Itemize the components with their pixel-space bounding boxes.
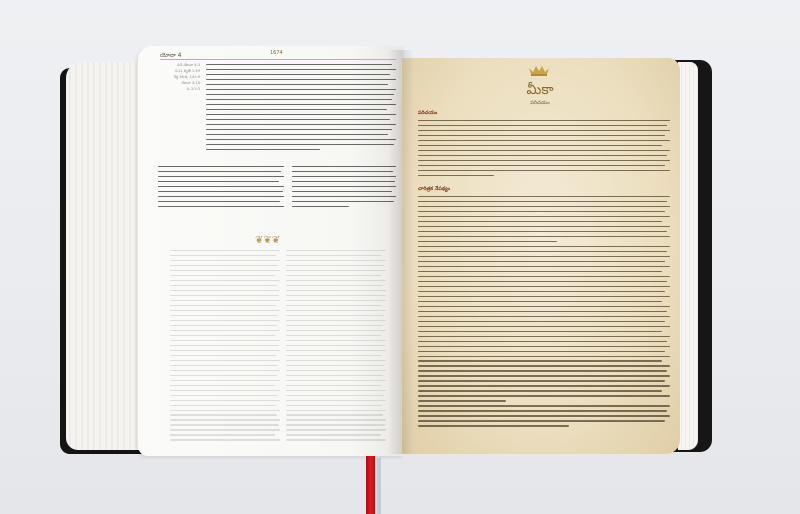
study-notes-col-2 xyxy=(292,166,396,214)
end-ornament: ❦❦❦ xyxy=(255,235,280,246)
page-edges-right xyxy=(678,62,698,450)
cross-references: 4:8 యోనా 4:3 4:11 ద్వితీ 1:39 కీర్త 36:6… xyxy=(158,62,200,92)
xref: & 3:3:3 xyxy=(158,86,200,92)
ribbon-shadow xyxy=(377,458,381,514)
intro-paragraph xyxy=(418,120,670,182)
crown-icon xyxy=(528,64,550,76)
page-number: 1674 xyxy=(270,50,283,56)
book-subtitle: పరిచయం xyxy=(512,100,568,107)
section-heading: చారిత్రక నేపథ్యం xyxy=(418,186,450,193)
ribbon-bookmark[interactable] xyxy=(366,456,375,514)
section-heading: పరిచయం xyxy=(418,110,437,117)
scripture-text xyxy=(206,64,396,160)
book-gutter-shadow xyxy=(388,50,414,454)
show-through-text-1 xyxy=(170,250,280,445)
historical-background-text xyxy=(418,196,670,436)
show-through-text-2 xyxy=(286,250,386,445)
header-rule xyxy=(160,59,396,60)
book-title: మీకా xyxy=(518,82,562,101)
study-notes-col-1 xyxy=(158,166,284,214)
